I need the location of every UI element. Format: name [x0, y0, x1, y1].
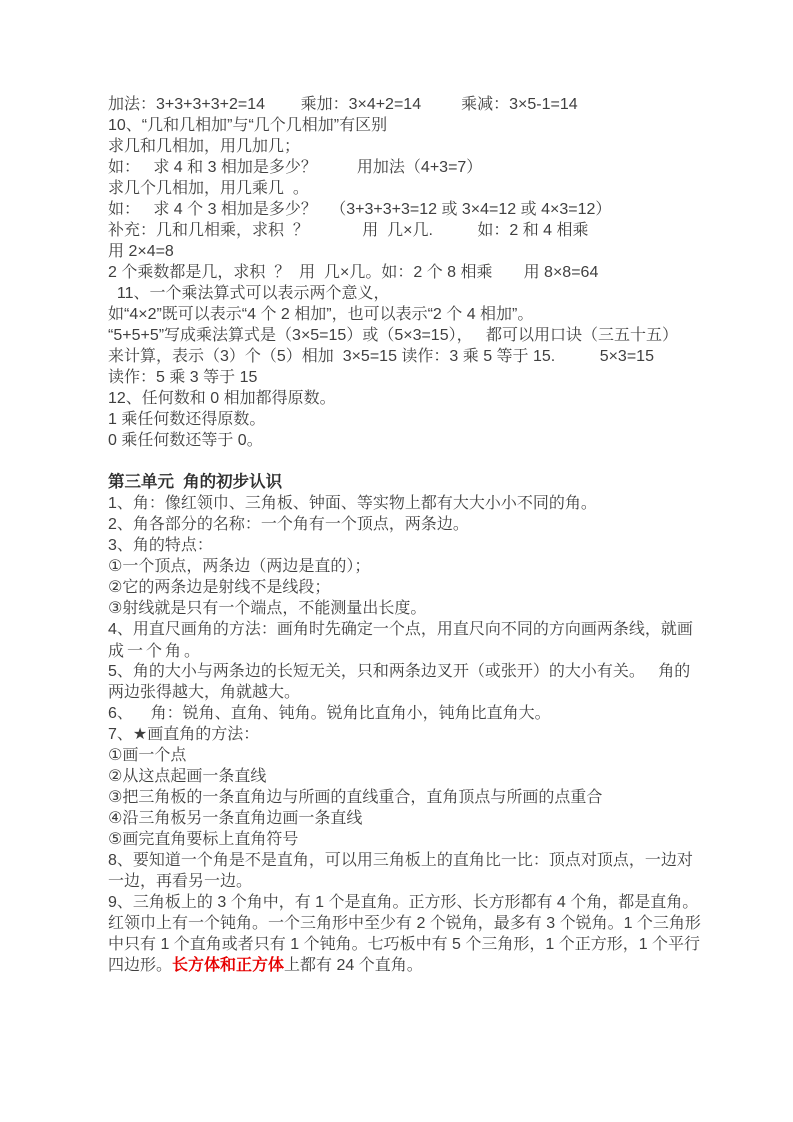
- doc-line: 两边张得越大，角就越大。: [108, 682, 778, 703]
- doc-line: 补充：几和几相乘，求积 ？ 用 几×几. 如：2 和 4 相乘: [108, 220, 778, 241]
- doc-line: 10、“几和几相加”与“几个几相加”有区别: [108, 115, 778, 136]
- document-page: 加法：3+3+3+3+2=14 乘加：3×4+2=14 乘减：3×5-1=141…: [0, 0, 793, 1122]
- doc-line: ③射线就是只有一个端点，不能测量出长度。: [108, 598, 778, 619]
- doc-line: ②它的两条边是射线不是线段；: [108, 577, 778, 598]
- doc-line: 求几和几相加，用几加几；: [108, 136, 778, 157]
- doc-line: 1 乘任何数还得原数。: [108, 409, 778, 430]
- doc-line: 5、角的大小与两条边的长短无关，只和两条边叉开（或张开）的大小有关。 角的: [108, 661, 778, 682]
- doc-line: 读作：5 乘 3 等于 15: [108, 367, 778, 388]
- doc-line: 1、角：像红领巾、三角板、钟面、等实物上都有大大小小不同的角。: [108, 493, 778, 514]
- doc-line: 8、要知道一个角是不是直角，可以用三角板上的直角比一比：顶点对顶点，一边对: [108, 850, 778, 871]
- doc-line: 12、任何数和 0 相加都得原数。: [108, 388, 778, 409]
- doc-line: 4、用直尺画角的方法：画角时先确定一个点，用直尺向不同的方向画两条线，就画: [108, 619, 778, 640]
- doc-line: ⑤画完直角要标上直角符号: [108, 829, 778, 850]
- text-run: 四边形。: [108, 957, 172, 974]
- doc-line: ②从这点起画一条直线: [108, 766, 778, 787]
- text-run: 上都有 24 个直角。: [284, 957, 423, 974]
- doc-line: 7、★画直角的方法：: [108, 724, 778, 745]
- doc-line: 2 个乘数都是几，求积 ？ 用 几×几。如：2 个 8 相乘 用 8×8=64: [108, 262, 778, 283]
- doc-line: 求几个几相加，用几乘几 。: [108, 178, 778, 199]
- doc-line: ③把三角板的一条直角边与所画的直线重合，直角顶点与所画的点重合: [108, 787, 778, 808]
- doc-line: 11、一个乘法算式可以表示两个意义，: [108, 283, 778, 304]
- doc-line: ④沿三角板另一条直角边画一条直线: [108, 808, 778, 829]
- doc-line: 中只有 1 个直角或者只有 1 个钝角。七巧板中有 5 个三角形，1 个正方形，…: [108, 934, 778, 955]
- doc-line: 如： 求 4 个 3 相加是多少？ （3+3+3+3=12 或 3×4=12 或…: [108, 199, 778, 220]
- doc-line: 3、角的特点：: [108, 535, 778, 556]
- doc-line: 用 2×4=8: [108, 241, 778, 262]
- doc-line: “5+5+5”写成乘法算式是（3×5=15）或（5×3=15）， 都可以用口诀（…: [108, 325, 778, 346]
- doc-line: 一边，再看另一边。: [108, 871, 778, 892]
- doc-line: 2、角各部分的名称：一个角有一个顶点，两条边。: [108, 514, 778, 535]
- section-heading: 第三单元 角的初步认识: [108, 472, 778, 493]
- doc-line: ①画一个点: [108, 745, 778, 766]
- doc-line: 0 乘任何数还等于 0。: [108, 430, 778, 451]
- doc-line: 9、三角板上的 3 个角中，有 1 个是直角。正方形、长方形都有 4 个角，都是…: [108, 892, 778, 913]
- doc-line: 加法：3+3+3+3+2=14 乘加：3×4+2=14 乘减：3×5-1=14: [108, 94, 778, 115]
- doc-line: 四边形。长方体和正方体上都有 24 个直角。: [108, 955, 778, 976]
- doc-line: 6、 角：锐角、直角、钝角。锐角比直角小，钝角比直角大。: [108, 703, 778, 724]
- doc-line: ①一个顶点，两条边（两边是直的）；: [108, 556, 778, 577]
- document-content: 加法：3+3+3+3+2=14 乘加：3×4+2=14 乘减：3×5-1=141…: [108, 94, 778, 976]
- doc-line: 红领巾上有一个钝角。一个三角形中至少有 2 个锐角，最多有 3 个锐角。1 个三…: [108, 913, 778, 934]
- doc-line: 来计算，表示（3）个（5）相加 3×5=15 读作：3 乘 5 等于 15. 5…: [108, 346, 778, 367]
- doc-line: 如“4×2”既可以表示“4 个 2 相加”，也可以表示“2 个 4 相加”。: [108, 304, 778, 325]
- highlighted-text: 长方体和正方体: [172, 957, 284, 974]
- doc-line: 成一个角。: [108, 640, 778, 661]
- blank-line: [108, 451, 778, 472]
- doc-line: 如： 求 4 和 3 相加是多少？ 用加法（4+3=7）: [108, 157, 778, 178]
